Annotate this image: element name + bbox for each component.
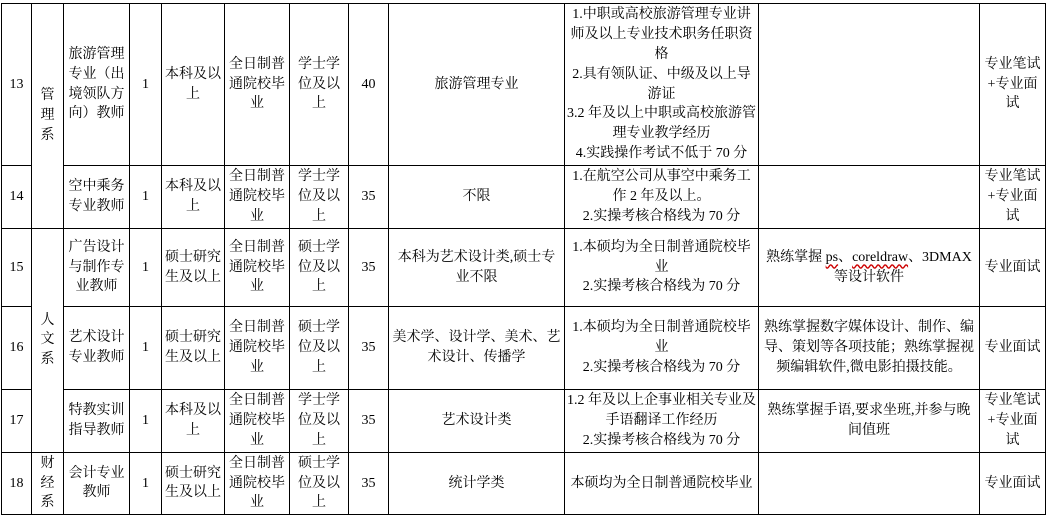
requirements-cell: 1.在航空公司从事空中乘务工作 2 年及以上。 2.实操考核合格线为 70 分 (565, 166, 759, 229)
skills-cell (759, 452, 980, 515)
major-cell: 旅游管理专业 (389, 4, 565, 166)
requirement-line: 1.本硕均为全日制普通院校毕业 (567, 238, 756, 278)
row-number-cell: 18 (2, 452, 32, 515)
recruitment-table: 13 管理系 旅游管理专业（出境领队方向）教师 1 本科及以上 全日制普通院校毕… (1, 3, 1046, 515)
requirements-cell: 1.本硕均为全日制普通院校毕业 2.实操考核合格线为 70 分 (565, 307, 759, 390)
graduation-cell: 全日制普通院校毕业 (225, 166, 290, 229)
requirement-line: 1.本硕均为全日制普通院校毕业 (567, 318, 756, 358)
requirement-line: 2.实操考核合格线为 70 分 (567, 277, 756, 297)
count-cell: 1 (130, 166, 162, 229)
skills-cell: 熟练掌握手语,要求坐班,并参与晚间值班 (759, 390, 980, 453)
requirement-line: 1.在航空公司从事空中乘务工作 2 年及以上。 (567, 167, 756, 207)
exam-type-cell: 专业面试 (980, 307, 1046, 390)
education-cell: 硕士研究生及以上 (162, 307, 225, 390)
requirement-line: 4.实践操作考试不低于 70 分 (567, 144, 756, 164)
department-cell: 财经系 (32, 452, 64, 515)
exam-type-cell: 专业面试 (980, 452, 1046, 515)
department-cell: 人文系 (32, 229, 64, 453)
table-row: 16 艺术设计专业教师 1 硕士研究生及以上 全日制普通院校毕业 硕士学位及以上… (2, 307, 1046, 390)
education-cell: 本科及以上 (162, 4, 225, 166)
count-cell: 1 (130, 4, 162, 166)
skills-cell (759, 166, 980, 229)
requirement-line: 3.2 年及以上中职或高校旅游管理专业教学经历 (567, 104, 756, 144)
major-cell: 艺术设计类 (389, 390, 565, 453)
education-cell: 硕士研究生及以上 (162, 229, 225, 307)
requirements-cell: 本硕均为全日制普通院校毕业 (565, 452, 759, 515)
requirement-line: 2.实操考核合格线为 70 分 (567, 431, 756, 451)
requirement-line: 本硕均为全日制普通院校毕业 (567, 474, 756, 494)
table-row: 13 管理系 旅游管理专业（出境领队方向）教师 1 本科及以上 全日制普通院校毕… (2, 4, 1046, 166)
skills-cell (759, 4, 980, 166)
requirement-line: 1.中职或高校旅游管理专业讲师及以上专业技术职务任职资格 (567, 5, 756, 65)
row-number-cell: 14 (2, 166, 32, 229)
age-limit-cell: 35 (349, 166, 389, 229)
position-cell: 旅游管理专业（出境领队方向）教师 (64, 4, 130, 166)
row-number-cell: 13 (2, 4, 32, 166)
table-row: 15 人文系 广告设计与制作专业教师 1 硕士研究生及以上 全日制普通院校毕业 … (2, 229, 1046, 307)
count-cell: 1 (130, 452, 162, 515)
graduation-cell: 全日制普通院校毕业 (225, 452, 290, 515)
degree-cell: 硕士学位及以上 (290, 452, 349, 515)
count-cell: 1 (130, 229, 162, 307)
education-cell: 本科及以上 (162, 166, 225, 229)
count-cell: 1 (130, 390, 162, 453)
skills-text: 熟练掌握 (766, 250, 826, 265)
skills-cell: 熟练掌握 ps、coreldraw、3DMAX 等设计软件 (759, 229, 980, 307)
position-cell: 空中乘务专业教师 (64, 166, 130, 229)
degree-cell: 硕士学位及以上 (290, 307, 349, 390)
exam-type-cell: 专业笔试+专业面试 (980, 4, 1046, 166)
table-row: 18 财经系 会计专业教师 1 硕士研究生及以上 全日制普通院校毕业 硕士学位及… (2, 452, 1046, 515)
row-number-cell: 16 (2, 307, 32, 390)
age-limit-cell: 35 (349, 390, 389, 453)
age-limit-cell: 35 (349, 307, 389, 390)
requirement-line: 2.具有领队证、中级及以上导游证 (567, 65, 756, 105)
major-cell: 不限 (389, 166, 565, 229)
spellcheck-word: coreldraw (852, 250, 908, 265)
age-limit-cell: 35 (349, 452, 389, 515)
age-limit-cell: 35 (349, 229, 389, 307)
major-cell: 美术学、设计学、美术、艺术设计、传播学 (389, 307, 565, 390)
requirement-line: 2.实操考核合格线为 70 分 (567, 207, 756, 227)
table-row: 17 特教实训指导教师 1 本科及以上 全日制普通院校毕业 学士学位及以上 35… (2, 390, 1046, 453)
requirements-cell: 1.中职或高校旅游管理专业讲师及以上专业技术职务任职资格 2.具有领队证、中级及… (565, 4, 759, 166)
education-cell: 硕士研究生及以上 (162, 452, 225, 515)
position-cell: 广告设计与制作专业教师 (64, 229, 130, 307)
row-number-cell: 17 (2, 390, 32, 453)
position-cell: 特教实训指导教师 (64, 390, 130, 453)
degree-cell: 学士学位及以上 (290, 4, 349, 166)
table-row: 14 空中乘务专业教师 1 本科及以上 全日制普通院校毕业 学士学位及以上 35… (2, 166, 1046, 229)
count-cell: 1 (130, 307, 162, 390)
degree-cell: 学士学位及以上 (290, 166, 349, 229)
position-cell: 会计专业教师 (64, 452, 130, 515)
spellcheck-word: ps (826, 250, 838, 265)
graduation-cell: 全日制普通院校毕业 (225, 390, 290, 453)
major-cell: 统计学类 (389, 452, 565, 515)
document-page: 13 管理系 旅游管理专业（出境领队方向）教师 1 本科及以上 全日制普通院校毕… (0, 0, 1046, 521)
requirements-cell: 1.2 年及以上企事业相关专业及手语翻译工作经历 2.实操考核合格线为 70 分 (565, 390, 759, 453)
row-number-cell: 15 (2, 229, 32, 307)
requirement-line: 1.2 年及以上企事业相关专业及手语翻译工作经历 (567, 391, 756, 431)
skills-text: 、 (838, 250, 852, 265)
skills-cell: 熟练掌握数字媒体设计、制作、编导、策划等各项技能；熟练掌握视频编辑软件,微电影拍… (759, 307, 980, 390)
department-cell: 管理系 (32, 4, 64, 229)
education-cell: 本科及以上 (162, 390, 225, 453)
age-limit-cell: 40 (349, 4, 389, 166)
exam-type-cell: 专业面试 (980, 229, 1046, 307)
position-cell: 艺术设计专业教师 (64, 307, 130, 390)
exam-type-cell: 专业笔试+专业面试 (980, 166, 1046, 229)
degree-cell: 学士学位及以上 (290, 390, 349, 453)
exam-type-cell: 专业笔试+专业面试 (980, 390, 1046, 453)
major-cell: 本科为艺术设计类,硕士专业不限 (389, 229, 565, 307)
requirements-cell: 1.本硕均为全日制普通院校毕业 2.实操考核合格线为 70 分 (565, 229, 759, 307)
graduation-cell: 全日制普通院校毕业 (225, 4, 290, 166)
graduation-cell: 全日制普通院校毕业 (225, 229, 290, 307)
degree-cell: 硕士学位及以上 (290, 229, 349, 307)
graduation-cell: 全日制普通院校毕业 (225, 307, 290, 390)
requirement-line: 2.实操考核合格线为 70 分 (567, 358, 756, 378)
